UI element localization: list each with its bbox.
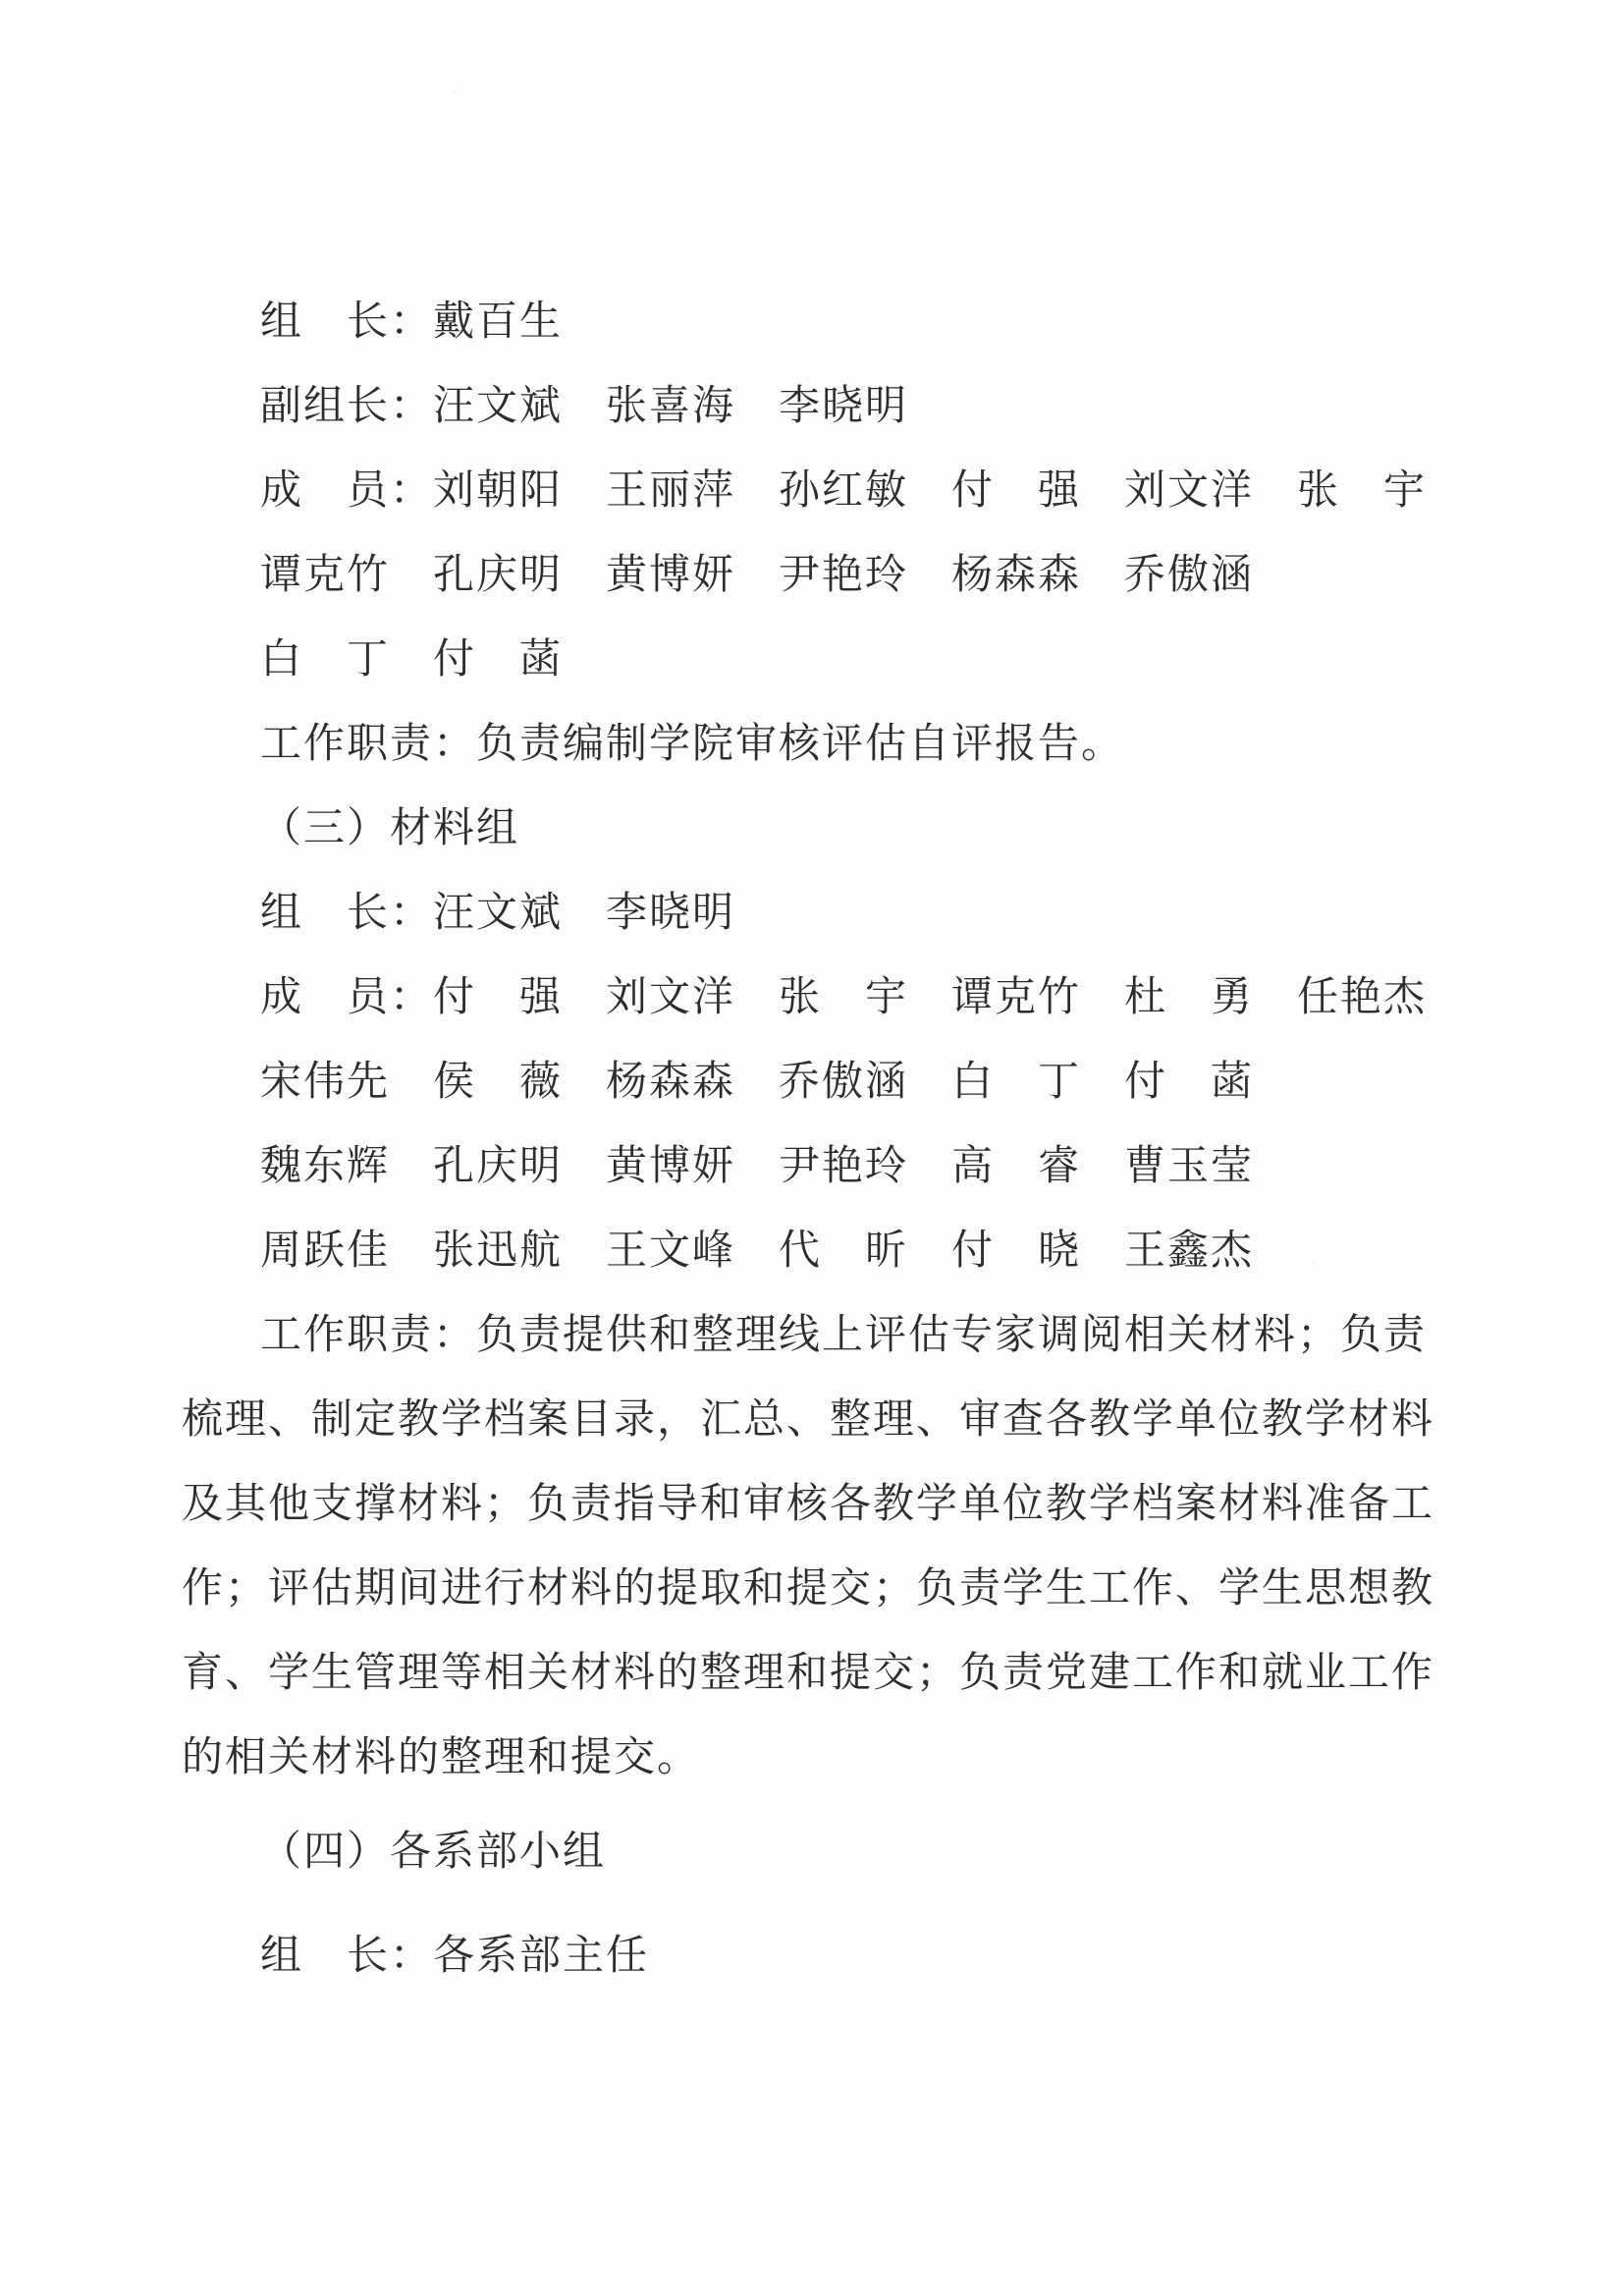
duty-paragraph-line: 及其他支撑材料；负责指导和审核各教学单位教学档案材料准备工 [182, 1461, 1475, 1546]
duty-paragraph-line: 的相关材料的整理和提交。 [182, 1715, 1475, 1799]
duty-line: 工作职责：负责编制学院审核评估自评报告。 [182, 701, 1475, 786]
members-line: 周跃佳 张迅航 王文峰 代 昕 付 晓 王鑫杰 [182, 1208, 1475, 1292]
members-line: 白 丁 付 菡 [182, 617, 1475, 701]
duty-paragraph-line: 作；评估期间进行材料的提取和提交；负责学生工作、学生思想教 [182, 1546, 1475, 1630]
leader-line: 组 长：各系部主任 [182, 1913, 1475, 1997]
members-line: 宋伟先 侯 薇 杨森森 乔傲涵 白 丁 付 菡 [182, 1039, 1475, 1123]
members-line: 成 员：付 强 刘文洋 张 宇 谭克竹 杜 勇 任艳杰 [182, 955, 1475, 1039]
duty-paragraph-line: 育、学生管理等相关材料的整理和提交；负责党建工作和就业工作 [182, 1630, 1475, 1715]
leader-line: 组 长：戴百生 [182, 279, 1475, 363]
duty-paragraph-line: 梳理、制定教学档案目录，汇总、整理、审查各教学单位教学材料 [182, 1377, 1475, 1461]
deputy-leader-line: 副组长：汪文斌 张喜海 李晓明 [182, 363, 1475, 448]
section-heading: （四）各系部小组 [182, 1809, 1475, 1893]
members-line: 魏东辉 孔庆明 黄博妍 尹艳玲 高 睿 曹玉莹 [182, 1123, 1475, 1208]
leader-line: 组 长：汪文斌 李晓明 [182, 870, 1475, 955]
document-body: 组 长：戴百生 副组长：汪文斌 张喜海 李晓明 成 员：刘朝阳 王丽萍 孙红敏 … [0, 0, 1622, 1997]
duty-paragraph-line: 工作职责：负责提供和整理线上评估专家调阅相关材料；负责 [182, 1292, 1475, 1377]
members-line: 谭克竹 孔庆明 黄博妍 尹艳玲 杨森森 乔傲涵 [182, 532, 1475, 617]
document-page: 组 长：戴百生 副组长：汪文斌 张喜海 李晓明 成 员：刘朝阳 王丽萍 孙红敏 … [0, 0, 1622, 2296]
section-heading: （三）材料组 [182, 786, 1475, 870]
members-line: 成 员：刘朝阳 王丽萍 孙红敏 付 强 刘文洋 张 宇 [182, 448, 1475, 532]
